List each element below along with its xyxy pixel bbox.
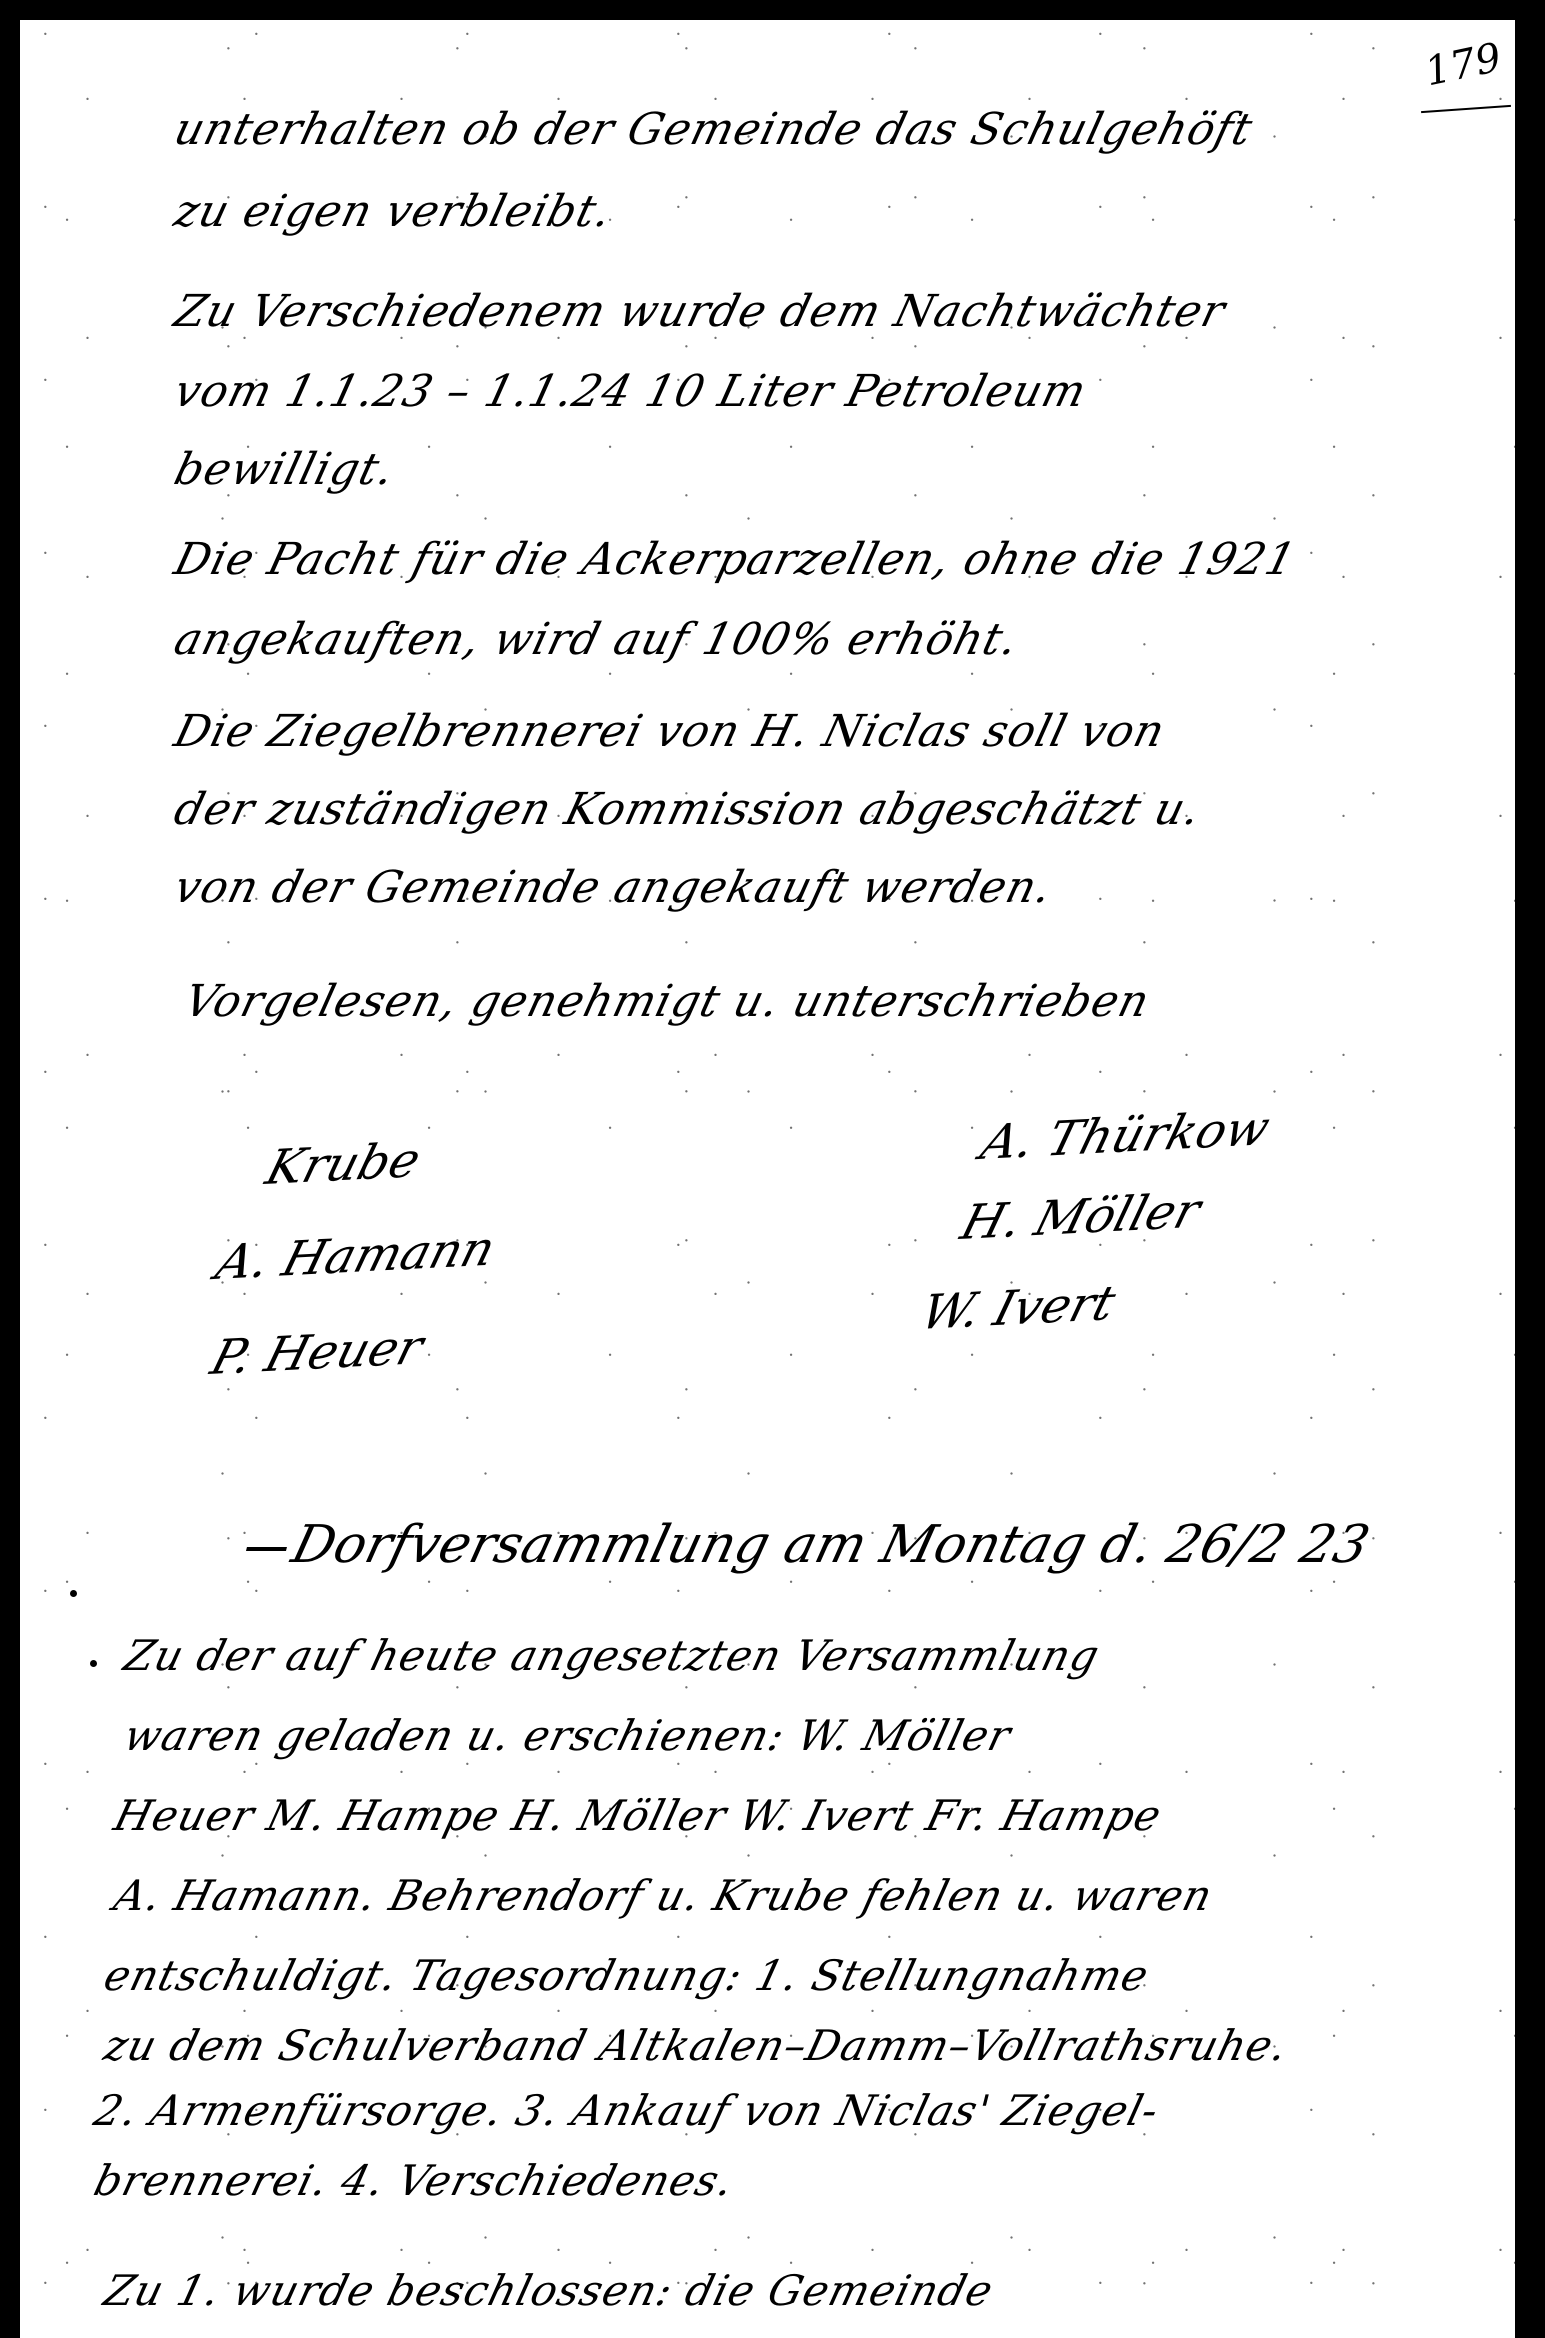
text-line: Zu 1. wurde beschlossen: die Gemeinde xyxy=(100,2270,998,2312)
margin-mark xyxy=(70,1590,77,1597)
text-line: entschuldigt. Tagesordnung: 1. Stellungn… xyxy=(100,1955,1153,1997)
signature: A. Thürkow xyxy=(975,1100,1276,1171)
text-line: unterhalten ob der Gemeinde das Schulgeh… xyxy=(170,108,1257,152)
margin-mark xyxy=(90,1660,97,1667)
signature: Krube xyxy=(260,1132,426,1196)
text-line: Die Ziegelbrennerei von H. Niclas soll v… xyxy=(170,710,1169,754)
signature: H. Möller xyxy=(955,1183,1206,1251)
text-line: der zuständigen Kommission abgeschätzt u… xyxy=(170,788,1205,832)
text-line: brennerei. 4. Verschiedenes. xyxy=(90,2160,738,2202)
text-line: vom 1.1.23 – 1.1.24 10 Liter Petroleum xyxy=(170,370,1091,414)
text-line: zu dem Schulverband Altkalen–Damm–Vollra… xyxy=(100,2025,1292,2067)
signature: W. Ivert xyxy=(915,1275,1121,1341)
approval-line: Vorgelesen, genehmigt u. unterschrieben xyxy=(180,980,1154,1024)
text-line: angekauften, wird auf 100% erhöht. xyxy=(170,618,1023,662)
meeting-heading-text: Dorfversammlung am Montag d. 26/2 23 xyxy=(286,1515,1375,1575)
text-line: A. Hamann. Behrendorf u. Krube fehlen u.… xyxy=(110,1875,1217,1917)
text-line: Zu der auf heute angesetzten Versammlung xyxy=(120,1635,1104,1677)
page-number: 179 xyxy=(1421,35,1505,96)
page-number-underline xyxy=(1421,105,1511,113)
text-line: Die Pacht für die Ackerparzellen, ohne d… xyxy=(170,538,1301,582)
signature: A. Hamann xyxy=(210,1221,501,1291)
text-line: 2. Armenfürsorge. 3. Ankauf von Niclas' … xyxy=(90,2090,1163,2132)
text-line: Zu Verschiedenem wurde dem Nachtwächter xyxy=(170,290,1230,334)
text-line: bewilligt. xyxy=(170,448,399,492)
signature: P. Heuer xyxy=(205,1319,429,1386)
manuscript-page: 179 unterhalten ob der Gemeinde das Schu… xyxy=(20,20,1515,2338)
meeting-heading: Dorfversammlung am Montag d. 26/2 23 xyxy=(240,1515,1375,1575)
text-line: Heuer M. Hampe H. Möller W. Ivert Fr. Ha… xyxy=(110,1795,1166,1837)
text-line: von der Gemeinde angekauft werden. xyxy=(170,866,1057,910)
text-line: waren geladen u. erschienen: W. Möller xyxy=(120,1715,1015,1757)
heading-swash xyxy=(246,1547,287,1551)
text-line: zu eigen verbleibt. xyxy=(170,190,616,234)
